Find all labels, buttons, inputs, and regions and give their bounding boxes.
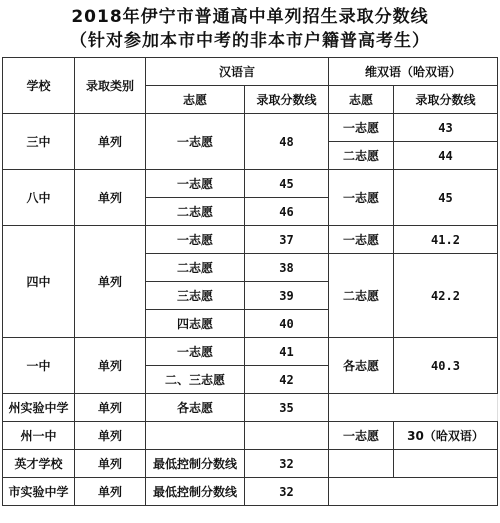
han-wish-cell: 最低控制分数线 [146,478,245,506]
han-wish-cell: 各志愿 [146,394,245,422]
wei-score-cell: 45 [394,170,498,226]
han-wish-cell [146,422,245,450]
table-row: 八中 单列 一志愿 45 一志愿 45 [3,170,498,198]
wei-score-cell: 42.2 [394,254,498,338]
school-cell: 八中 [3,170,75,226]
han-wish-cell: 二志愿 [146,254,245,282]
admission-score-table: 学校 录取类别 汉语言 维双语（哈双语） 志愿 录取分数线 志愿 录取分数线 三… [2,57,498,506]
wei-wish-cell: 一志愿 [329,170,394,226]
header-wei-wish: 志愿 [329,86,394,114]
table-row: 四中 单列 一志愿 37 一志愿 41.2 [3,226,498,254]
table-row: 州实验中学 单列 各志愿 35 [3,394,498,422]
han-wish-cell: 一志愿 [146,226,245,254]
header-category: 录取类别 [75,58,146,114]
han-wish-cell: 四志愿 [146,310,245,338]
han-score-cell: 48 [245,114,329,170]
wei-score-cell: 40.3 [394,338,498,394]
wei-wish-cell: 一志愿 [329,226,394,254]
header-han-language: 汉语言 [146,58,329,86]
wei-score-cell: 43 [394,114,498,142]
header-school: 学校 [3,58,75,114]
school-cell: 英才学校 [3,450,75,478]
wei-score-cell: 30（哈双语） [394,422,498,450]
header-han-score: 录取分数线 [245,86,329,114]
table-row: 市实验中学 单列 最低控制分数线 32 [3,478,498,506]
han-score-cell: 32 [245,478,329,506]
category-cell: 单列 [75,226,146,338]
wei-wish-cell: 二志愿 [329,254,394,338]
header-wei-bilingual: 维双语（哈双语） [329,58,498,86]
han-score-cell: 35 [245,394,329,422]
han-wish-cell: 二、三志愿 [146,366,245,394]
han-score-cell: 42 [245,366,329,394]
school-cell: 一中 [3,338,75,394]
page-title: 2018年伊宁市普通高中单列招生录取分数线 （针对参加本市中考的非本市户籍普高考… [0,0,500,57]
wei-empty-cell [329,394,498,422]
school-cell: 市实验中学 [3,478,75,506]
wei-wish-cell: 一志愿 [329,114,394,142]
han-score-cell: 32 [245,450,329,478]
table-row: 一中 单列 一志愿 41 各志愿 40.3 [3,338,498,366]
han-score-cell: 45 [245,170,329,198]
category-cell: 单列 [75,394,146,422]
wei-wish-cell: 二志愿 [329,142,394,170]
category-cell: 单列 [75,338,146,394]
han-score-cell: 40 [245,310,329,338]
han-wish-cell: 一志愿 [146,338,245,366]
category-cell: 单列 [75,114,146,170]
wei-score-cell: 44 [394,142,498,170]
category-cell: 单列 [75,170,146,226]
wei-empty-cell [329,478,498,506]
school-cell: 州一中 [3,422,75,450]
table-row: 州一中 单列 一志愿 30（哈双语） [3,422,498,450]
han-score-cell: 46 [245,198,329,226]
han-wish-cell: 一志愿 [146,170,245,198]
han-wish-cell: 二志愿 [146,198,245,226]
school-cell: 四中 [3,226,75,338]
school-cell: 三中 [3,114,75,170]
category-cell: 单列 [75,450,146,478]
han-score-cell [245,422,329,450]
han-wish-cell: 三志愿 [146,282,245,310]
wei-wish-cell: 一志愿 [329,422,394,450]
han-score-cell: 37 [245,226,329,254]
wei-wish-cell [329,450,394,478]
han-score-cell: 41 [245,338,329,366]
han-wish-cell: 最低控制分数线 [146,450,245,478]
wei-score-cell [394,450,498,478]
header-han-wish: 志愿 [146,86,245,114]
school-cell: 州实验中学 [3,394,75,422]
han-wish-cell: 一志愿 [146,114,245,170]
category-cell: 单列 [75,478,146,506]
title-line-1: 2018年伊宁市普通高中单列招生录取分数线 [0,5,500,29]
header-wei-score: 录取分数线 [394,86,498,114]
table-row: 三中 单列 一志愿 48 一志愿 43 [3,114,498,142]
wei-wish-cell: 各志愿 [329,338,394,394]
han-score-cell: 39 [245,282,329,310]
han-score-cell: 38 [245,254,329,282]
wei-score-cell: 41.2 [394,226,498,254]
title-line-2: （针对参加本市中考的非本市户籍普高考生） [0,29,500,53]
category-cell: 单列 [75,422,146,450]
table-row: 英才学校 单列 最低控制分数线 32 [3,450,498,478]
